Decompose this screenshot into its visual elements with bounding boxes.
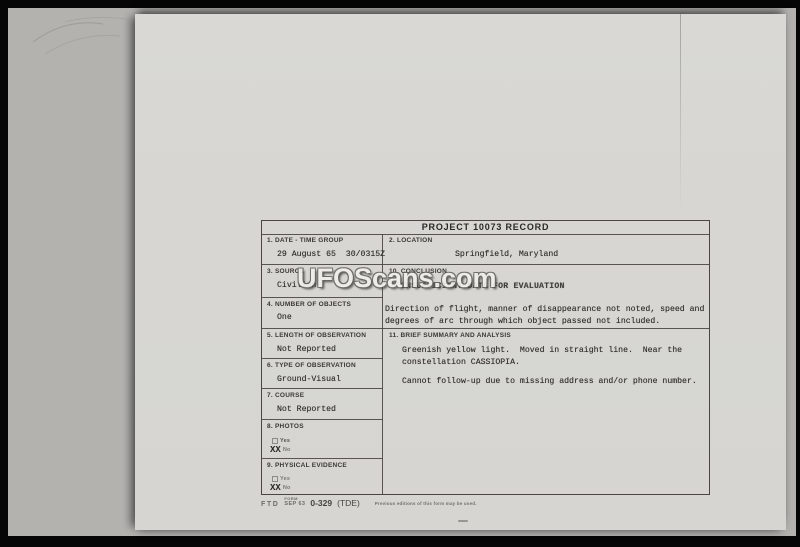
divider-line bbox=[262, 419, 383, 420]
ufoscans-watermark: UFOScans.com bbox=[297, 263, 497, 294]
photos-yes-label: Yes bbox=[280, 438, 290, 444]
conclusion-text-line2: degrees of arc through which object pass… bbox=[385, 317, 660, 326]
physical-evidence-yes-label: Yes bbox=[280, 476, 290, 482]
divider-line bbox=[262, 297, 383, 298]
summary-label: 11. BRIEF SUMMARY AND ANALYSIS bbox=[389, 332, 511, 339]
divider-line bbox=[262, 328, 709, 329]
number-of-objects-value: One bbox=[277, 313, 292, 322]
physical-evidence-no-mark: XX bbox=[270, 485, 281, 491]
physical-evidence-no-label: No bbox=[283, 485, 291, 491]
summary-text-line1: Greenish yellow light. Moved in straight… bbox=[402, 346, 682, 355]
type-of-observation-value: Ground-Visual bbox=[277, 375, 341, 384]
physical-evidence-label: 9. PHYSICAL EVIDENCE bbox=[267, 462, 347, 469]
date-time-group-value: 29 August 65 30/0315Z bbox=[277, 250, 385, 259]
record-table: PROJECT 10073 RECORD 1. DATE - TIME GROU… bbox=[261, 220, 710, 495]
footer-form-suffix: (TDE) bbox=[337, 498, 360, 508]
photos-no-label: No bbox=[283, 447, 291, 453]
location-label: 2. LOCATION bbox=[389, 237, 432, 244]
page-crease-artifact bbox=[680, 14, 681, 214]
divider-line bbox=[262, 358, 383, 359]
scanned-document-screen: PROJECT 10073 RECORD 1. DATE - TIME GROU… bbox=[0, 0, 800, 547]
scan-scratches-artifact bbox=[25, 10, 175, 70]
footer-note: Previous editions of this form may be us… bbox=[375, 501, 477, 508]
photos-no-row: XX No bbox=[270, 447, 291, 453]
divider-line bbox=[262, 388, 383, 389]
length-of-observation-label: 5. LENGTH OF OBSERVATION bbox=[267, 332, 366, 339]
type-of-observation-label: 6. TYPE OF OBSERVATION bbox=[267, 362, 356, 369]
photos-yes-checkbox-icon bbox=[272, 438, 278, 444]
summary-text-line2: constellation CASSIOPIA. bbox=[402, 358, 520, 367]
date-time-group-label: 1. DATE - TIME GROUP bbox=[267, 237, 343, 244]
photos-yes-row: Yes bbox=[272, 438, 290, 444]
summary-text-line3: Cannot follow-up due to missing address … bbox=[402, 377, 697, 386]
form-title: PROJECT 10073 RECORD bbox=[262, 222, 709, 232]
physical-evidence-yes-checkbox-icon bbox=[272, 476, 278, 482]
location-value: Springfield, Maryland bbox=[455, 250, 558, 259]
number-of-objects-label: 4. NUMBER OF OBJECTS bbox=[267, 301, 351, 308]
conclusion-text-line1: Direction of flight, manner of disappear… bbox=[385, 305, 704, 314]
course-value: Not Reported bbox=[277, 405, 336, 414]
footer-agency: FTD bbox=[261, 501, 279, 508]
form-footer: FTD FORM SEP 63 0-329 (TDE) Previous edi… bbox=[261, 497, 477, 508]
physical-evidence-no-row: XX No bbox=[270, 485, 291, 491]
photos-no-mark: XX bbox=[270, 447, 281, 453]
length-of-observation-value: Not Reported bbox=[277, 345, 336, 354]
photos-label: 8. PHOTOS bbox=[267, 423, 304, 430]
physical-evidence-yes-row: Yes bbox=[272, 476, 290, 482]
scan-speck-artifact bbox=[458, 520, 468, 522]
divider-line bbox=[262, 234, 709, 235]
divider-line bbox=[262, 458, 383, 459]
footer-form-number: 0-329 bbox=[310, 498, 332, 508]
footer-form-date: SEP 63 bbox=[284, 502, 305, 508]
footer-form-date-stack: FORM SEP 63 bbox=[284, 497, 305, 508]
course-label: 7. COURSE bbox=[267, 392, 304, 399]
